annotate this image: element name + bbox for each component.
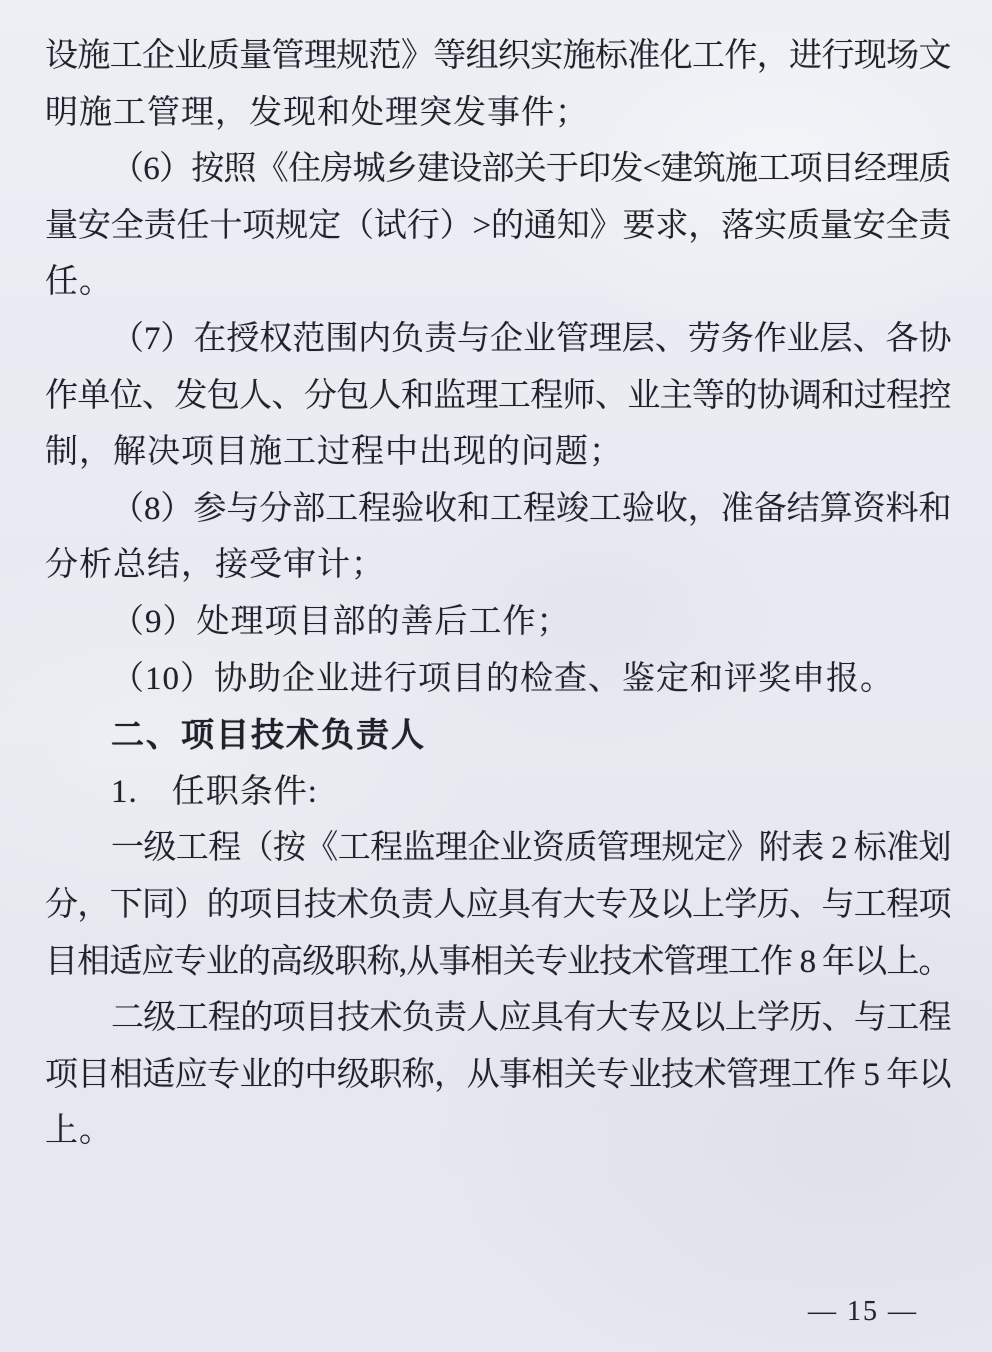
text-line: 任。	[45, 254, 950, 311]
text-line: （6）按照《住房城乡建设部关于印发<建筑施工项目经理质	[45, 141, 950, 198]
text-line: 上。	[45, 1103, 950, 1160]
text-line: 量安全责任十项规定（试行）>的通知》要求，落实质量安全责	[45, 198, 950, 255]
text-line: 二级工程的项目技术负责人应具有大专及以上学历、与工程	[45, 990, 950, 1047]
text-line: 制，解决项目施工过程中出现的问题；	[45, 424, 950, 481]
text-line: （9）处理项目部的善后工作；	[45, 594, 950, 651]
text-line: 一级工程（按《工程监理企业资质管理规定》附表 2 标准划	[45, 820, 950, 877]
text-line: 1. 任职条件:	[45, 764, 950, 821]
text-line: （7）在授权范围内负责与企业管理层、劳务作业层、各协	[45, 311, 950, 368]
page-footer: — 15 —	[808, 1296, 918, 1328]
text-line: （8）参与分部工程验收和工程竣工验收，准备结算资料和	[45, 481, 950, 538]
document-page: 设施工企业质量管理规范》等组织实施标准化工作，进行现场文明施工管理，发现和处理突…	[0, 0, 992, 1352]
section-heading: 二、项目技术负责人	[45, 707, 950, 764]
text-line: 设施工企业质量管理规范》等组织实施标准化工作，进行现场文	[45, 28, 950, 85]
text-line: 项目相适应专业的中级职称，从事相关专业技术管理工作 5 年以	[45, 1047, 950, 1104]
text-line: 作单位、发包人、分包人和监理工程师、业主等的协调和过程控	[45, 368, 950, 425]
page-number: — 15 —	[808, 1296, 918, 1327]
text-line: 分析总结，接受审计；	[45, 537, 950, 594]
text-line: 分，下同）的项目技术负责人应具有大专及以上学历、与工程项	[45, 877, 950, 934]
text-line: 目相适应专业的高级职称,从事相关专业技术管理工作 8 年以上。	[45, 934, 950, 991]
text-line: （10）协助企业进行项目的检查、鉴定和评奖申报。	[45, 651, 950, 708]
document-body: 设施工企业质量管理规范》等组织实施标准化工作，进行现场文明施工管理，发现和处理突…	[45, 28, 950, 1160]
text-line: 明施工管理，发现和处理突发事件；	[45, 85, 950, 142]
